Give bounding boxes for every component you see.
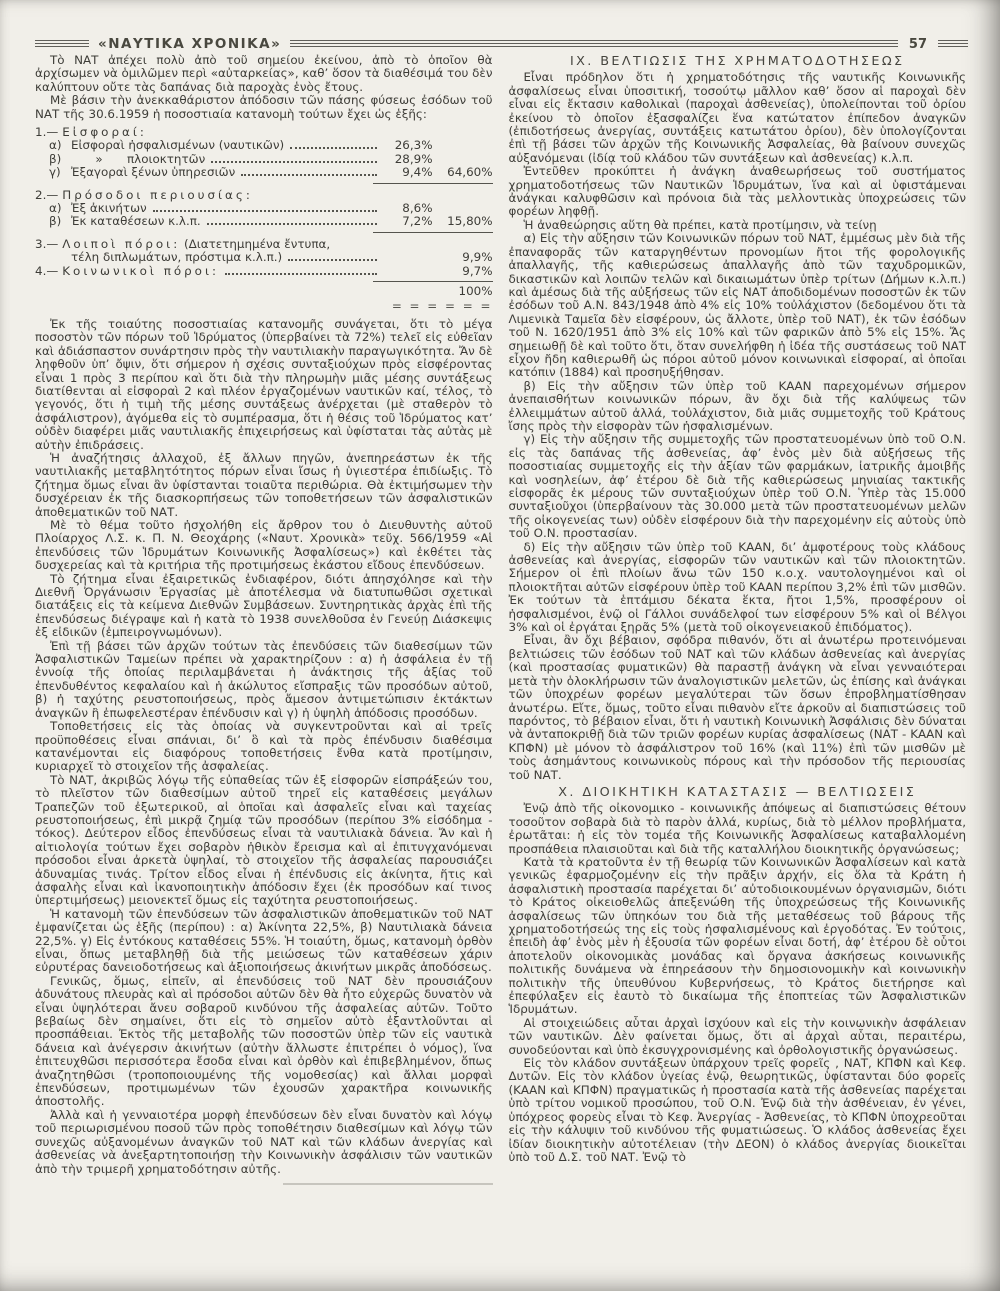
section-label: Λοιποὶ πόροι: [62, 237, 180, 251]
paragraph: Μὲ βάσιν τὴν ἀνεκκαθάριστον ἀπόδοσιν τῶν… [35, 94, 493, 121]
dot-leader [211, 161, 376, 163]
paragraph: Τοποθετήσεις εἰς τὰς ὁποίας νὰ συγκεντρο… [35, 720, 493, 774]
paragraph: Ἡ κατανομὴ τῶν ἐπενδύσεων τῶν ἀσφαλιστικ… [35, 908, 493, 975]
dot-leader [153, 210, 377, 212]
page-number: 57 [907, 37, 929, 52]
table-rule [373, 232, 493, 233]
paragraph: Ἀλλὰ καὶ ἡ γενναιοτέρα μορφὴ ἐπενδύσεων … [35, 1109, 493, 1176]
row-value: 7,2% [383, 215, 433, 228]
section-heading-ix: IX. ΒΕΛΤΙΩΣΙΣ ΤΗΣ ΧΡΗΜΑΤΟΔΟΤΗΣΕΩΣ [509, 55, 967, 68]
table-section-3: 3.—Λοιποὶ πόροι: (Διατετημημένα ἔντυπα, [35, 238, 493, 251]
section-number: 2.— [35, 188, 58, 202]
row-label: πλοιοκτητῶν [127, 153, 205, 166]
paragraph: Εἶναι, ἂν ὄχι βέβαιον, σφόδρα πιθανόν, ὅ… [509, 634, 967, 781]
row-subtotal: 15,80% [433, 215, 493, 228]
dot-leader [241, 174, 376, 176]
right-column: IX. ΒΕΛΤΙΩΣΙΣ ΤΗΣ ΧΡΗΜΑΤΟΔΟΤΗΣΕΩΣ Εἶναι … [509, 54, 967, 1273]
dot-leader [290, 147, 376, 149]
row-value: 8,6% [383, 202, 433, 215]
row-value: 28,9% [383, 153, 433, 166]
row-prefix: α) [49, 202, 71, 215]
table-row: γ) Ἐξαγοραὶ ξένων ὑπηρεσιῶν 9,4% 64,60% [35, 166, 493, 179]
paragraph: Ἐκ τῆς τοιαύτης ποσοστιαίας κατανομῆς συ… [35, 318, 493, 452]
dot-leader [207, 223, 377, 225]
table-row: τέλη διπλωμάτων, πρόστιμα κ.λ.π.) 9,9% [35, 251, 493, 264]
section-label: Κοινωνικοὶ πόροι: [62, 265, 219, 278]
paragraph: Ἐνῷ ἀπὸ τῆς οἰκονομικο - κοινωνικῆς ἀπόψ… [509, 802, 967, 856]
header-rule-left [35, 40, 89, 48]
header-rule-center [290, 40, 898, 48]
row-value: 26,3% [383, 139, 433, 152]
row-label: Εἰσφοραὶ ἠσφαλισμένων (ναυτικῶν) [71, 139, 284, 152]
paragraph: Κατὰ τὰ κρατοῦντα ἐν τῇ θεωρίᾳ τῶν Κοινω… [509, 856, 967, 1017]
paragraph: Γενικῶς, ὅμως, εἰπεῖν, αἱ ἐπενδύσεις τοῦ… [35, 975, 493, 1109]
section-number: 1.— [35, 125, 58, 139]
table-rule [373, 281, 493, 282]
page-header: «ΝΑΥΤΙΚΑ ΧΡΟΝΙΚΑ» 57 [35, 36, 968, 52]
table-row: α) Εἰσφοραὶ ἠσφαλισμένων (ναυτικῶν) 26,3… [35, 139, 493, 152]
row-prefix: α) [49, 139, 71, 152]
paragraph: α) Εἰς τὴν αὔξησιν τῶν Κοινωνικῶν πόρων … [509, 232, 967, 379]
table-row: β) » πλοιοκτητῶν 28,9% [35, 153, 493, 166]
section-number: 3.— [35, 237, 58, 251]
section-label: Εἰσφοραί: [62, 125, 147, 139]
header-rule-right [938, 40, 968, 48]
table-total-row: 100% [35, 285, 493, 298]
paragraph: Μὲ τὸ θέμα τοῦτο ἠσχολήθη εἰς ἄρθρον του… [35, 519, 493, 573]
text-columns: Τὸ ΝΑΤ ἀπέχει πολὺ ἀπὸ τοῦ σημείου ἐκείν… [35, 54, 966, 1273]
paragraph: Ἡ ἀναθεώρησις αὕτη θὰ πρέπει, κατὰ προτί… [509, 219, 967, 232]
paragraph: β) Εἰς τὴν αὔξησιν τῶν ὑπὲρ τοῦ ΚΑΑΝ παρ… [509, 380, 967, 434]
paragraph: Ἐντεῦθεν προκύπτει ἡ ἀνάγκη ἀναθεωρήσεως… [509, 165, 967, 219]
row-label: τέλη διπλωμάτων, πρόστιμα κ.λ.π.) [71, 251, 282, 264]
row-prefix: β) [49, 215, 71, 228]
table-section-2: 2.—Πρόσοδοι περιουσίας: [35, 189, 493, 202]
journal-title: «ΝΑΥΤΙΚΑ ΧΡΟΝΙΚΑ» [98, 36, 281, 52]
ditto-mark: » [71, 153, 127, 166]
row-subtotal: 64,60% [433, 166, 493, 179]
paragraph: δ) Εἰς τὴν αὔξησιν τῶν ὑπὲρ τοῦ ΚΑΑΝ, δι… [509, 541, 967, 635]
table-section-1: 1.—Εἰσφοραί: [35, 126, 493, 139]
dot-leader [288, 259, 376, 261]
paragraph: Ἡ ἀναζήτησις ἀλλαχοῦ, ἐξ ἄλλων πηγῶν, ἀν… [35, 452, 493, 519]
row-subtotal: 9,7% [433, 265, 493, 278]
row-subtotal: 9,9% [433, 251, 493, 264]
table-row: β) Ἐκ καταθέσεων κ.λ.π. 7,2% 15,80% [35, 215, 493, 228]
double-rule: = = = = = = [35, 300, 493, 313]
section-note: (Διατετημημένα ἔντυπα, [184, 237, 330, 251]
scan-artifact-line [283, 1183, 493, 1185]
section-heading-x: X. ΔΙΟΙΚΗΤΙΚΗ ΚΑΤΑΣΤΑΣΙΣ — ΒΕΛΤΙΩΣΕΙΣ [509, 786, 967, 799]
paragraph: Τὸ ΝΑΤ, ἀκριβῶς λόγῳ τῆς εὐπαθείας τῶν ἐ… [35, 774, 493, 908]
row-prefix: γ) [49, 166, 71, 179]
paragraph: Ἐπὶ τῇ βάσει τῶν ἀρχῶν τούτων τὰς ἐπενδύ… [35, 640, 493, 720]
row-label: Ἐξ ἀκινήτων [71, 202, 147, 215]
table-row: α) Ἐξ ἀκινήτων 8,6% [35, 202, 493, 215]
table-rule [373, 183, 493, 184]
paragraph: Τὸ ΝΑΤ ἀπέχει πολὺ ἀπὸ τοῦ σημείου ἐκείν… [35, 54, 493, 94]
paragraph: γ) Εἰς τὴν αὔξησιν τῆς συμμετοχῆς τῶν πρ… [509, 433, 967, 540]
paragraph: Αἱ στοιχειώδεις αὗται ἀρχαὶ ἰσχύουν καὶ … [509, 1017, 967, 1057]
table-section-4: 4.— Κοινωνικοὶ πόροι: 9,7% [35, 265, 493, 278]
total-value: 100% [433, 285, 493, 298]
paragraph: Τὸ ζήτημα εἶναι ἐξαιρετικῶς ἐνδιαφέρον, … [35, 573, 493, 640]
section-label: Πρόσοδοι περιουσίας: [62, 188, 253, 202]
row-prefix: β) [49, 153, 71, 166]
paragraph: Εἰς τὸν κλάδον συντάξεων ὑπάρχουν τρεῖς … [509, 1057, 967, 1164]
left-column: Τὸ ΝΑΤ ἀπέχει πολὺ ἀπὸ τοῦ σημείου ἐκείν… [35, 54, 493, 1273]
row-label: Ἐκ καταθέσεων κ.λ.π. [71, 215, 201, 228]
row-label: Ἐξαγοραὶ ξένων ὑπηρεσιῶν [71, 166, 235, 179]
allocation-table: 1.—Εἰσφοραί: α) Εἰσφοραὶ ἠσφαλισμένων (ν… [35, 126, 493, 313]
paragraph: Εἶναι πρόδηλον ὅτι ἡ χρηματοδότησις τῆς … [509, 71, 967, 165]
magazine-page: «ΝΑΥΤΙΚΑ ΧΡΟΝΙΚΑ» 57 Τὸ ΝΑΤ ἀπέχει πολὺ … [0, 0, 1000, 1291]
row-value: 9,4% [383, 166, 433, 179]
dot-leader [225, 273, 377, 275]
section-number: 4.— [35, 265, 58, 278]
